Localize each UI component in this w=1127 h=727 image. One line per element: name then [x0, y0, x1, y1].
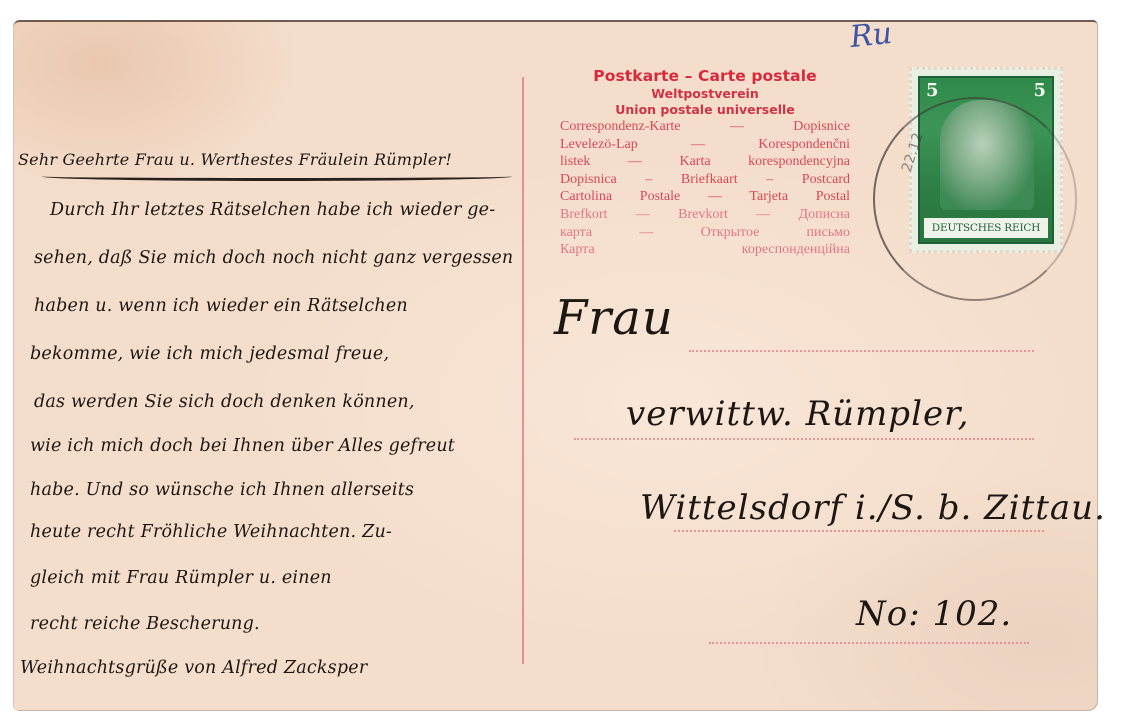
message-line: recht reiche Bescherung. [30, 614, 260, 634]
header-language-line: Correspondenz-Karte — Dopisnice [560, 118, 850, 136]
message-line: wie ich mich doch bei Ihnen über Alles g… [30, 436, 455, 456]
address-divider-line [522, 77, 524, 664]
postmark-date: 22.12 [899, 131, 927, 174]
address-line-town: Wittelsdorf i./S. b. Zittau. [640, 488, 1106, 528]
header-language-line: Dopisnica – Briefkaart – Postcard [560, 171, 850, 189]
postage-stamp-area: 5 5 DEUTSCHES REICH 22.12 [909, 67, 1069, 257]
address-rule [674, 530, 1044, 532]
header-language-line: карта — Открытое письмо [560, 224, 850, 242]
message-line: habe. Und so wünsche ich Ihnen allerseit… [30, 480, 414, 500]
salutation-underline [42, 172, 512, 181]
postmark-cancel-icon: 22.12 [873, 97, 1077, 301]
address-line-recipient-title: Frau [554, 290, 674, 346]
header-language-line: Cartolina Postale — Tarjeta Postal [560, 188, 850, 206]
pencil-annotation: Ru [848, 16, 893, 55]
header-subtitle-upu-de: Weltpostverein [560, 86, 850, 102]
address-rule [709, 642, 1029, 644]
message-line: bekomme, wie ich mich jedesmal freue, [30, 344, 389, 364]
message-salutation: Sehr Geehrte Frau u. Werthestes Fräulein… [18, 150, 452, 169]
stamp-value-left: 5 [926, 80, 939, 101]
message-line: sehen, daß Sie mich doch noch nicht ganz… [34, 248, 513, 268]
message-line: haben u. wenn ich wieder ein Rätselchen [34, 296, 408, 316]
header-language-line: Brefkort — Brevkort — Дописна [560, 206, 850, 224]
message-line: gleich mit Frau Rümpler u. einen [30, 568, 332, 588]
header-language-line: Карта кореспонденцiйна [560, 241, 850, 259]
address-rule [574, 438, 1034, 440]
header-language-line: Levelezö-Lap — Korespondenčni [560, 136, 850, 154]
printed-header: Postkarte – Carte postale Weltpostverein… [560, 67, 850, 259]
message-line: Durch Ihr letztes Rätselchen habe ich wi… [50, 200, 495, 220]
address-rule [689, 350, 1034, 352]
message-line: das werden Sie sich doch denken können, [34, 392, 415, 412]
message-closing-signature: Weihnachtsgrüße von Alfred Zacksper [20, 658, 367, 678]
header-title: Postkarte – Carte postale [560, 67, 850, 86]
address-line-recipient-name: verwittw. Rümpler, [626, 394, 969, 434]
postcard: Postkarte – Carte postale Weltpostverein… [14, 20, 1097, 710]
stamp-value-right: 5 [1033, 80, 1046, 101]
header-language-line: listek — Karta korespondencyjna [560, 153, 850, 171]
header-subtitle-upu-fr: Union postale universelle [560, 102, 850, 118]
address-line-house-number: No: 102. [856, 594, 1012, 634]
message-line: heute recht Fröhliche Weihnachten. Zu- [30, 522, 392, 542]
